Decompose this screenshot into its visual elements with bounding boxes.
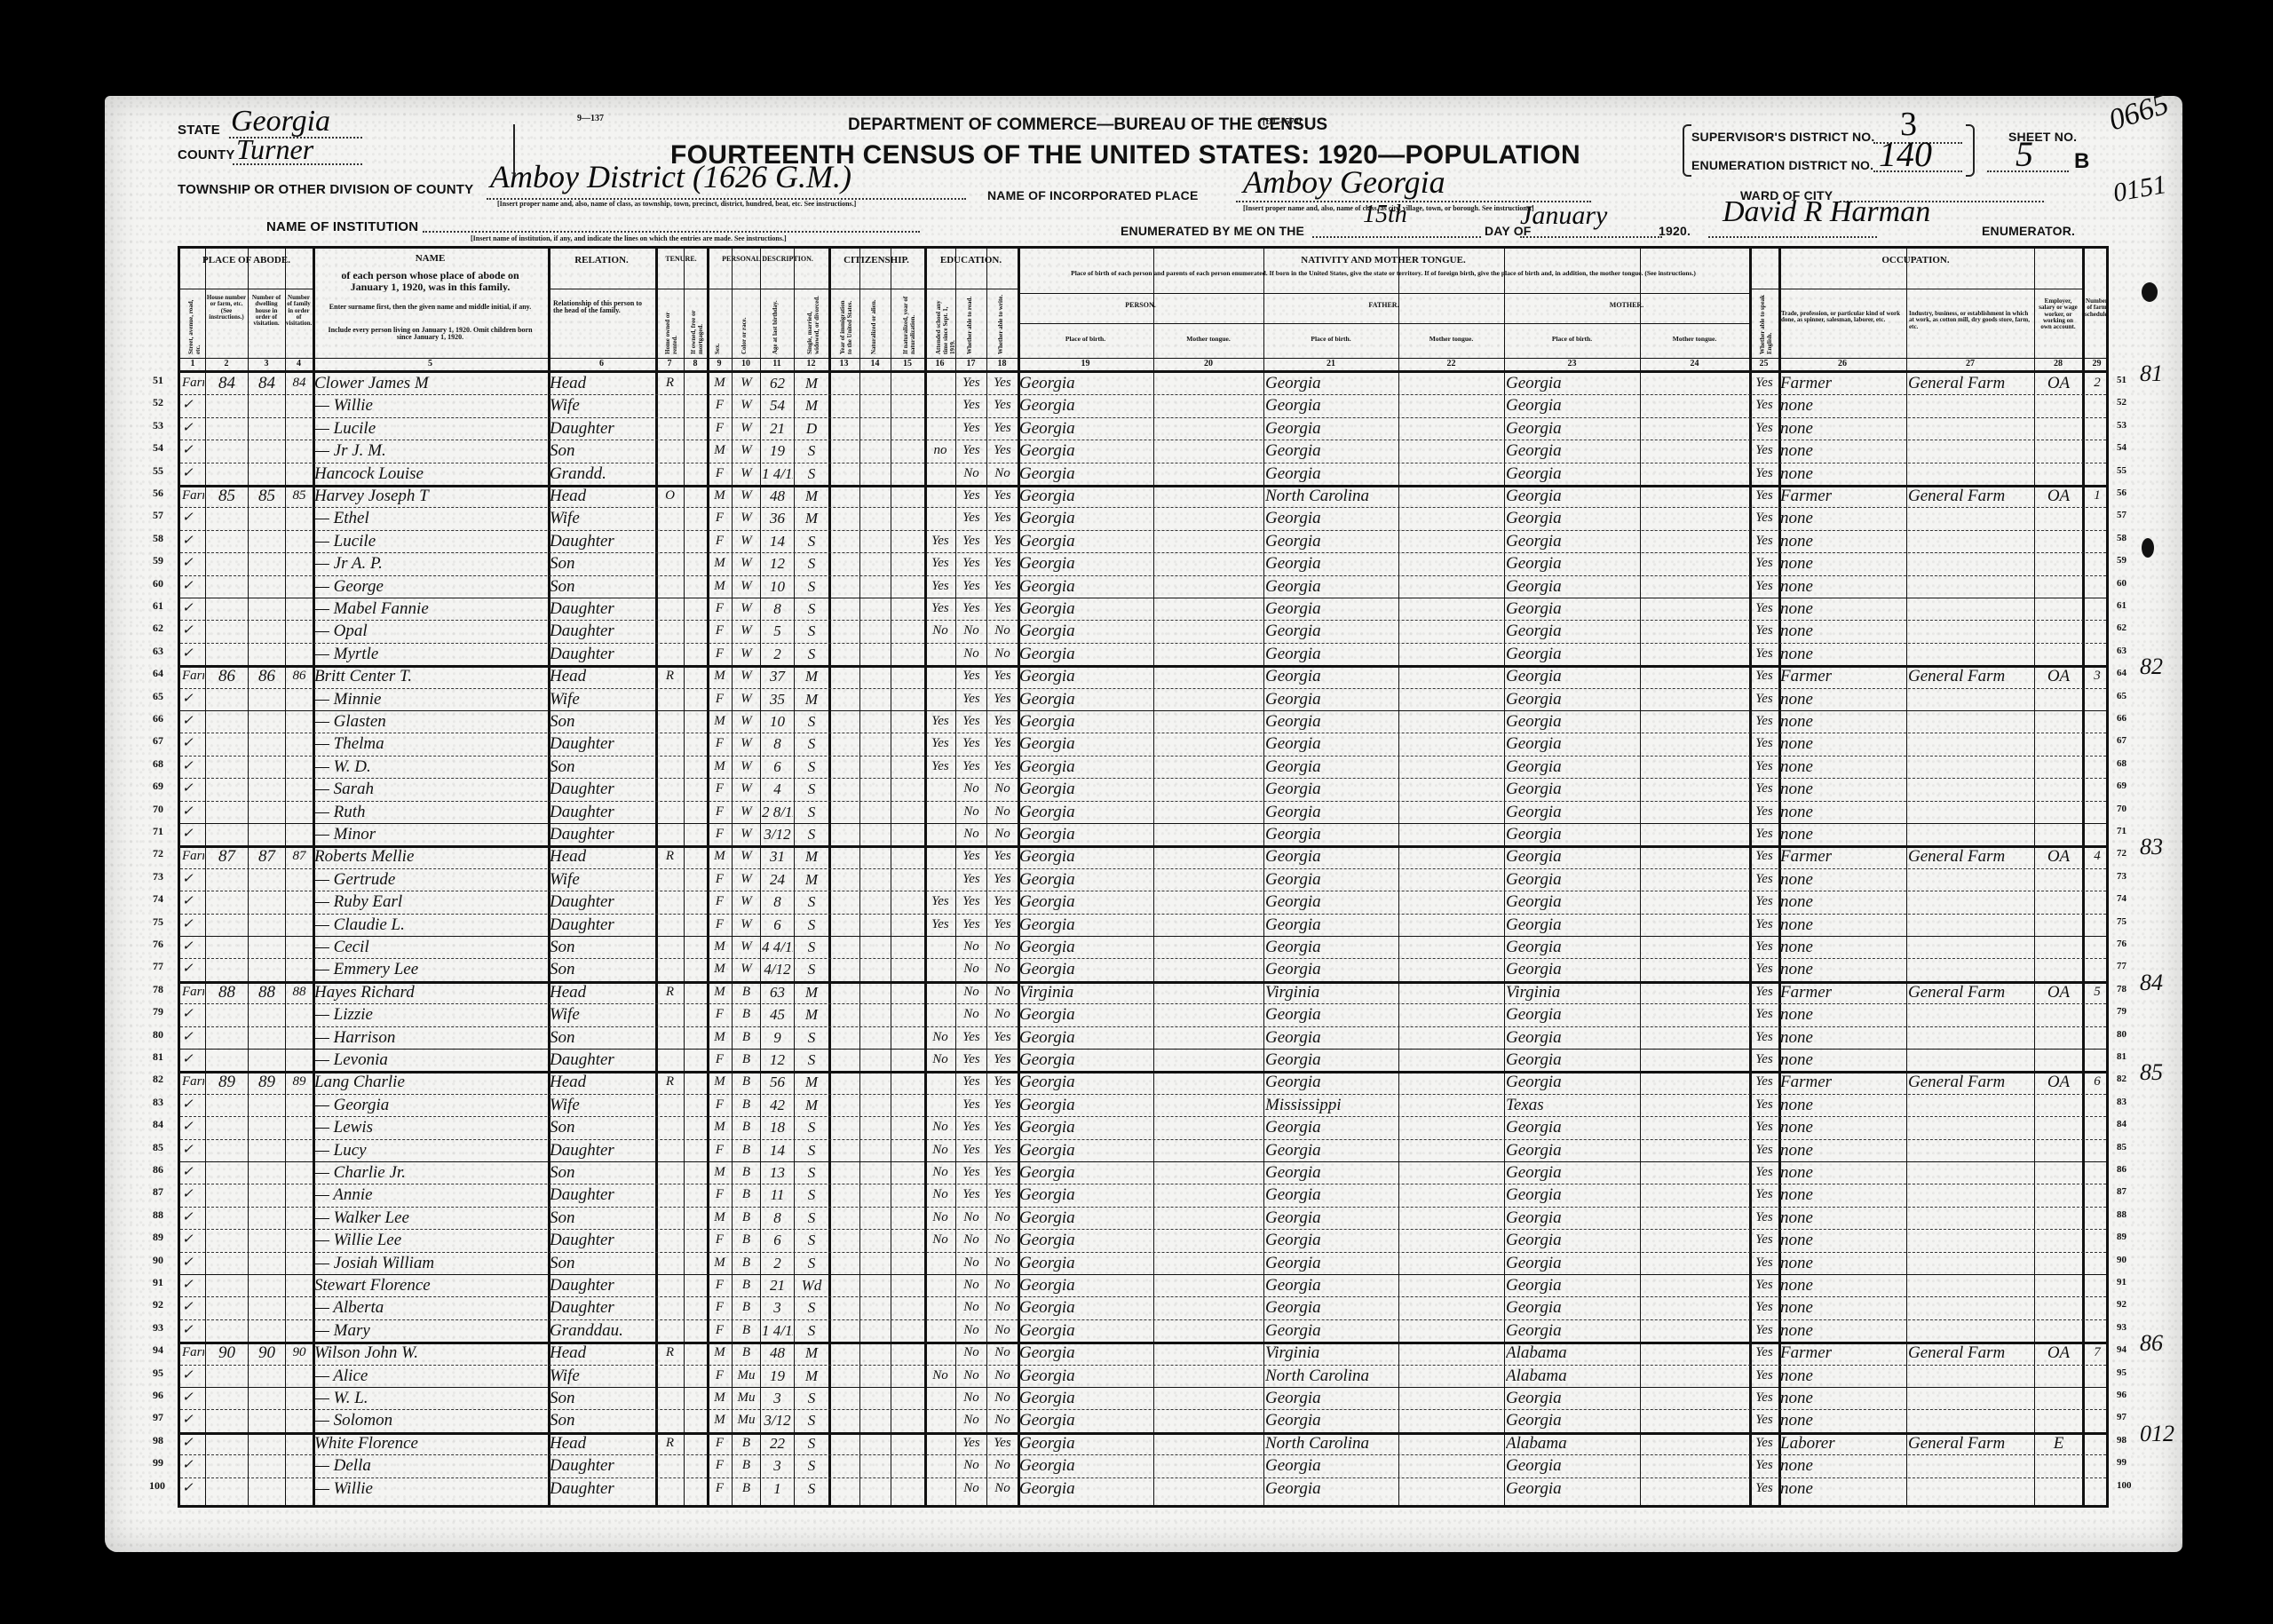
mother-birthplace-cell: Georgia [1506,710,1639,733]
age-cell: 24 [762,868,793,891]
table-row[interactable]: ✓— Claudie L.DaughterFW6SYesYesYesGeorgi… [180,914,2106,936]
street-cell: Farm [182,485,204,507]
mother-birthplace-cell: Georgia [1506,688,1639,710]
group-rule [828,289,924,289]
employer-class-cell: OA [2036,485,2081,507]
family-number-cell [287,463,312,485]
read-cell: Yes [957,417,986,440]
sex-cell: F [709,823,731,845]
trade-cell: none [1780,507,1905,529]
family-number-cell [287,1296,312,1319]
employer-class-cell [2036,1116,2081,1138]
table-row[interactable]: ✓— Walker LeeSonMB8SNoNoNoGeorgiaGeorgia… [180,1207,2106,1229]
father-birthplace-cell: North Carolina [1265,1432,1398,1454]
table-row[interactable]: ✓— Willie LeeDaughterFB6SNoNoNoGeorgiaGe… [180,1229,2106,1251]
birthplace-cell: Georgia [1019,1207,1152,1229]
age-cell: 48 [762,485,793,507]
tenure-cell [657,598,683,620]
column-label-25: Whether able to speak English. [1759,294,1773,354]
line-number-right: 90 [2117,1249,2126,1271]
margin-note: 012 [2140,1421,2174,1447]
marital-status-cell: S [796,1026,828,1049]
trade-cell: none [1780,823,1905,845]
birthplace-cell: Georgia [1019,710,1152,733]
mother-birthplace-cell: Georgia [1506,1049,1639,1071]
industry-cell [1908,598,2033,620]
father-birthplace-cell: Georgia [1265,710,1398,733]
family-number-cell [287,598,312,620]
trade-cell: none [1780,1003,1905,1026]
employer-class-cell [2036,710,2081,733]
relation-cell: Son [550,958,654,980]
name-cell: — Glasten [314,710,547,733]
tenure-cell [657,440,683,462]
table-row[interactable]: ✓— WillieDaughterFB1SNoNoGeorgiaGeorgiaG… [180,1477,2106,1500]
read-cell: Yes [957,1071,986,1093]
tenure-cell [657,1116,683,1138]
sex-cell: M [709,552,731,574]
column-number-8: 8 [684,359,707,368]
table-row[interactable]: ✓— Josiah WilliamSonMB2SNoNoGeorgiaGeorg… [180,1252,2106,1274]
industry-cell [1908,1207,2033,1229]
employer-class-cell [2036,1161,2081,1184]
birthplace-cell: Georgia [1019,1094,1152,1116]
read-cell: No [957,1387,986,1409]
column-number-21: 21 [1263,359,1398,368]
employer-class-cell [2036,823,2081,845]
read-cell: Yes [957,688,986,710]
industry-cell [1908,1229,2033,1251]
write-cell: Yes [988,1184,1017,1206]
birthplace-cell: Georgia [1019,463,1152,485]
table-row[interactable]: ✓— LizzieWifeFB45MNoNoGeorgiaGeorgiaGeor… [180,1003,2106,1026]
column-label-26: Trade, profession, or particular kind of… [1781,311,1904,324]
table-row[interactable]: ✓Stewart FlorenceDaughterFB21WdNoNoGeorg… [180,1274,2106,1296]
farm-schedule-cell: 7 [2084,1342,2111,1364]
dwelling-number-cell [249,552,284,574]
birthplace-cell: Georgia [1019,756,1152,778]
table-row[interactable]: ✓— GeorgiaWifeFB42MYesYesGeorgiaMississi… [180,1094,2106,1116]
table-row[interactable]: ✓— SarahDaughterFW4SNoNoGeorgiaGeorgiaGe… [180,778,2106,800]
school-cell: Yes [926,891,954,913]
employer-class-cell [2036,1139,2081,1161]
house-number-cell [207,1116,247,1138]
trade-cell: none [1780,1161,1905,1184]
column-number-27: 27 [1906,359,2034,368]
house-number-cell [207,1003,247,1026]
write-cell: Yes [988,485,1017,507]
relation-cell: Daughter [550,1274,654,1296]
relation-cell: Wife [550,688,654,710]
read-cell: Yes [957,1161,986,1184]
race-cell: B [733,1454,759,1477]
street-cell: ✓ [182,417,204,440]
speaks-english-cell: Yes [1751,463,1778,485]
street-cell: Farm [182,1071,204,1093]
industry-cell: General Farm [1908,665,2033,687]
relation-cell: Wife [550,1365,654,1387]
subgroup-rule [1018,323,1263,324]
school-cell [926,1432,954,1454]
school-cell [926,1094,954,1116]
read-cell: Yes [957,575,986,598]
industry-cell [1908,530,2033,552]
birthplace-cell: Georgia [1019,530,1152,552]
birthplace-cell: Georgia [1019,1071,1152,1093]
age-cell: 62 [762,372,793,394]
table-row[interactable]: ✓— AliceWifeFMu19MNoNoNoGeorgiaNorth Car… [180,1365,2106,1387]
school-cell [926,1387,954,1409]
write-cell: No [988,643,1017,665]
trade-cell: Farmer [1780,372,1905,394]
table-row[interactable]: Farm848484Clower James MHeadRMW62MYesYes… [180,372,2106,394]
family-number-cell [287,552,312,574]
relation-cell: Head [550,1071,654,1093]
table-row[interactable]: ✓— LucileDaughterFW21DYesYesGeorgiaGeorg… [180,417,2106,440]
trade-cell: none [1780,643,1905,665]
employer-class-cell [2036,1229,2081,1251]
name-cell: — Mary [314,1319,547,1342]
table-row[interactable]: ✓— OpalDaughterFW5SNoNoNoGeorgiaGeorgiaG… [180,620,2106,642]
sex-cell: M [709,1342,731,1364]
write-cell: Yes [988,688,1017,710]
relation-cell: Wife [550,1003,654,1026]
table-row[interactable]: ✓— MaryGranddau.FB1 4/12SNoNoGeorgiaGeor… [180,1319,2106,1342]
trade-cell: none [1780,914,1905,936]
line-number-left: 60 [153,573,163,595]
table-row[interactable]: ✓— LewisSonMB18SNoYesYesGeorgiaGeorgiaGe… [180,1116,2106,1138]
street-cell: ✓ [182,1161,204,1184]
farm-schedule-cell: 5 [2084,981,2111,1003]
tenure-cell [657,1207,683,1229]
table-row[interactable]: Farm898989Lang CharlieHeadRMB56MYesYesGe… [180,1071,2106,1093]
line-number-left: 65 [153,685,163,708]
tenure-cell [657,710,683,733]
employer-class-cell [2036,643,2081,665]
subgroup-header-mother: MOTHER. [1504,302,1749,309]
marital-status-cell: S [796,710,828,733]
street-cell: ✓ [182,1207,204,1229]
dwelling-number-cell [249,1003,284,1026]
table-row[interactable]: ✓— MyrtleDaughterFW2SNoNoGeorgiaGeorgiaG… [180,643,2106,665]
race-cell: W [733,575,759,598]
table-row[interactable]: ✓— Charlie Jr.SonMB13SNoYesYesGeorgiaGeo… [180,1161,2106,1184]
trade-cell: none [1780,1274,1905,1296]
table-row[interactable]: ✓— HarrisonSonMB9SNoYesYesGeorgiaGeorgia… [180,1026,2106,1049]
line-number-left: 58 [153,527,163,550]
table-row[interactable]: ✓— DellaDaughterFB3SNoNoGeorgiaGeorgiaGe… [180,1454,2106,1477]
read-cell: No [957,643,986,665]
farm-schedule-cell [2084,530,2111,552]
name-cell: — Ethel [314,507,547,529]
relation-cell: Daughter [550,778,654,800]
table-row[interactable]: Farm909090Wilson John W.HeadRMB48MNoNoGe… [180,1342,2106,1364]
line-number-right: 89 [2117,1226,2126,1248]
speaks-english-cell: Yes [1751,1094,1778,1116]
employer-class-cell: E [2036,1432,2081,1454]
marital-status-cell: M [796,1071,828,1093]
school-cell: No [926,1207,954,1229]
marital-status-cell: M [796,868,828,891]
marital-status-cell: S [796,440,828,462]
industry-cell [1908,1161,2033,1184]
mother-birthplace-cell: Georgia [1506,778,1639,800]
write-cell: Yes [988,665,1017,687]
table-row[interactable]: ✓— W. D.SonMW6SYesYesYesGeorgiaGeorgiaGe… [180,756,2106,778]
group-header-nativity: NATIVITY AND MOTHER TONGUE. [1018,256,1749,266]
sex-cell: M [709,710,731,733]
father-birthplace-cell: Georgia [1265,552,1398,574]
table-row[interactable]: Farm888888Hayes RichardHeadRMB63MNoNoVir… [180,981,2106,1003]
race-cell: B [733,1207,759,1229]
write-cell: Yes [988,733,1017,755]
birthplace-cell: Georgia [1019,1387,1152,1409]
name-cell: — Myrtle [314,643,547,665]
race-cell: B [733,1229,759,1251]
relation-cell: Son [550,1252,654,1274]
trade-cell: none [1780,1026,1905,1049]
table-row[interactable]: ✓— Jr J. M.SonMW19SnoYesYesGeorgiaGeorgi… [180,440,2106,462]
read-cell: No [957,1454,986,1477]
column-label-17: Whether able to read. [966,294,973,354]
age-cell: 6 [762,756,793,778]
tenure-cell: R [657,1432,683,1454]
read-cell: No [957,801,986,823]
school-cell: No [926,620,954,642]
column-number-11: 11 [760,359,794,368]
age-cell: 48 [762,1342,793,1364]
relation-cell: Head [550,372,654,394]
house-number-cell [207,778,247,800]
race-cell: W [733,733,759,755]
read-cell: Yes [957,598,986,620]
farm-schedule-cell [2084,620,2111,642]
table-row[interactable]: ✓— GeorgeSonMW10SYesYesYesGeorgiaGeorgia… [180,575,2106,598]
census-table: PLACE OF ABODE.TENURE.PERSONAL DESCRIPTI… [178,246,2109,1508]
read-cell: Yes [957,891,986,913]
sex-cell: F [709,1184,731,1206]
family-number-cell [287,1319,312,1342]
marital-status-cell: M [796,1365,828,1387]
father-birthplace-cell: Mississippi [1265,1094,1398,1116]
street-cell: ✓ [182,823,204,845]
birthplace-cell: Georgia [1019,1432,1152,1454]
tenure-cell [657,530,683,552]
tenure-cell [657,823,683,845]
speaks-english-cell: Yes [1751,914,1778,936]
school-cell: no [926,440,954,462]
marital-status-cell: S [796,891,828,913]
table-row[interactable]: ✓— GlastenSonMW10SYesYesYesGeorgiaGeorgi… [180,710,2106,733]
farm-schedule-cell [2084,914,2111,936]
age-cell: 2 [762,643,793,665]
margin-note: 82 [2140,654,2163,680]
name-column-note2: Include every person living on January 1… [321,327,539,342]
speaks-english-cell: Yes [1751,1071,1778,1093]
name-cell: — Annie [314,1184,547,1206]
employer-class-cell [2036,575,2081,598]
speaks-english-cell: Yes [1751,1365,1778,1387]
age-cell: 56 [762,1071,793,1093]
table-row[interactable]: ✓— LucyDaughterFB14SNoYesYesGeorgiaGeorg… [180,1139,2106,1161]
employer-class-cell [2036,1026,2081,1049]
table-row[interactable]: Farm868686Britt Center T.HeadRMW37MYesYe… [180,665,2106,687]
tenure-cell [657,801,683,823]
school-cell [926,845,954,867]
race-cell: B [733,1139,759,1161]
sex-cell: M [709,845,731,867]
marital-status-cell: S [796,1049,828,1071]
tenure-cell [657,958,683,980]
race-cell: B [733,1116,759,1138]
form-code: [D1—578] [1263,117,1302,127]
farm-schedule-cell [2084,1387,2111,1409]
race-cell: W [733,463,759,485]
write-cell: No [988,1207,1017,1229]
speaks-english-cell: Yes [1751,1296,1778,1319]
speaks-english-cell: Yes [1751,1274,1778,1296]
street-cell: ✓ [182,801,204,823]
employer-class-cell [2036,1003,2081,1026]
age-cell: 37 [762,665,793,687]
father-birthplace-cell: Georgia [1265,440,1398,462]
read-cell: No [957,1409,986,1431]
race-cell: Mu [733,1387,759,1409]
read-cell: Yes [957,1049,986,1071]
house-number-cell [207,936,247,958]
table-row[interactable]: ✓— EthelWifeFW36MYesYesGeorgiaGeorgiaGeo… [180,507,2106,529]
write-cell: Yes [988,1116,1017,1138]
birthplace-cell: Georgia [1019,1184,1152,1206]
age-cell: 4 4/12 [762,936,793,958]
sex-cell: M [709,440,731,462]
marital-status-cell: S [796,1319,828,1342]
column-label-21: Place of birth. [1263,336,1398,343]
line-number-left: 62 [153,617,163,639]
column-number-10: 10 [732,359,760,368]
table-row[interactable]: ✓— LevoniaDaughterFB12SNoYesYesGeorgiaGe… [180,1049,2106,1071]
speaks-english-cell: Yes [1751,643,1778,665]
bracket-divider [513,124,515,176]
birthplace-cell: Georgia [1019,620,1152,642]
table-row[interactable]: ✓— MinnieWifeFW35MYesYesGeorgiaGeorgiaGe… [180,688,2106,710]
father-birthplace-cell: Georgia [1265,845,1398,867]
line-number-left: 93 [153,1317,163,1339]
farm-schedule-cell [2084,891,2111,913]
employer-class-cell [2036,530,2081,552]
age-cell: 45 [762,1003,793,1026]
family-number-cell [287,1409,312,1431]
street-cell: ✓ [182,620,204,642]
table-row[interactable]: ✓— MinorDaughterFW3/12SNoNoGeorgiaGeorgi… [180,823,2106,845]
marital-status-cell: S [796,1161,828,1184]
line-number-right: 73 [2117,866,2126,888]
table-row[interactable]: ✓Hancock LouiseGrandd.FW1 4/12SNoNoGeorg… [180,463,2106,485]
street-cell: ✓ [182,778,204,800]
table-row[interactable]: ✓White FlorenceHeadRFB22SYesYesGeorgiaNo… [180,1432,2106,1454]
father-birthplace-cell: Georgia [1265,1071,1398,1093]
table-row[interactable]: ✓— ThelmaDaughterFW8SYesYesYesGeorgiaGeo… [180,733,2106,755]
street-cell: ✓ [182,394,204,416]
line-number-left: 77 [153,955,163,978]
father-birthplace-cell: Georgia [1265,1207,1398,1229]
table-row[interactable]: ✓— Ruby EarlDaughterFW8SYesYesYesGeorgia… [180,891,2106,913]
race-cell: W [733,552,759,574]
write-cell: Yes [988,1049,1017,1071]
name-cell: — W. D. [314,756,547,778]
table-row[interactable]: ✓— GertrudeWifeFW24MYesYesGeorgiaGeorgia… [180,868,2106,891]
employer-class-cell [2036,801,2081,823]
table-row[interactable]: ✓— WillieWifeFW54MYesYesGeorgiaGeorgiaGe… [180,394,2106,416]
age-cell: 21 [762,1274,793,1296]
race-cell: B [733,1161,759,1184]
name-cell: White Florence [314,1432,547,1454]
employer-class-cell: OA [2036,665,2081,687]
family-number-cell [287,733,312,755]
table-row[interactable]: ✓— SolomonSonMMu3/12SNoNoGeorgiaGeorgiaG… [180,1409,2106,1431]
table-row[interactable]: ✓— Mabel FannieDaughterFW8SYesYesYesGeor… [180,598,2106,620]
name-cell: — Gertrude [314,868,547,891]
street-cell: ✓ [182,1409,204,1431]
table-row[interactable]: Farm858585Harvey Joseph THeadOMW48MYesYe… [180,485,2106,507]
school-cell [926,1409,954,1431]
street-cell: ✓ [182,914,204,936]
write-cell: Yes [988,756,1017,778]
table-row[interactable]: ✓— CecilSonMW4 4/12SNoNoGeorgiaGeorgiaGe… [180,936,2106,958]
trade-cell: none [1780,868,1905,891]
employer-class-cell [2036,1319,2081,1342]
table-row[interactable]: ✓— Jr A. P.SonMW12SYesYesYesGeorgiaGeorg… [180,552,2106,574]
line-number-left: 69 [153,775,163,797]
write-cell: No [988,1365,1017,1387]
sex-cell: M [709,981,731,1003]
table-row[interactable]: ✓— W. L.SonMMu3SNoNoGeorgiaGeorgiaGeorgi… [180,1387,2106,1409]
table-row[interactable]: ✓— Emmery LeeSonMW4/12SNoNoGeorgiaGeorgi… [180,958,2106,980]
employer-class-cell [2036,1252,2081,1274]
dwelling-number-cell [249,1207,284,1229]
table-row[interactable]: ✓— RuthDaughterFW2 8/12SNoNoGeorgiaGeorg… [180,801,2106,823]
mother-birthplace-cell: Georgia [1506,575,1639,598]
race-cell: B [733,1319,759,1342]
supervisor-label: Supervisor's District No. [1691,130,1874,144]
table-row[interactable]: Farm878787Roberts MellieHeadRMW31MYesYes… [180,845,2106,867]
father-birthplace-cell: Georgia [1265,1184,1398,1206]
relation-cell: Daughter [550,620,654,642]
dwelling-number-cell [249,530,284,552]
sex-cell: F [709,891,731,913]
father-birthplace-cell: Georgia [1265,394,1398,416]
write-cell: No [988,1003,1017,1026]
name-cell: — Willie [314,394,547,416]
industry-cell [1908,1454,2033,1477]
dwelling-number-cell [249,1296,284,1319]
enumerator-name: David R Harman [1723,195,1930,229]
speaks-english-cell: Yes [1751,1049,1778,1071]
employer-class-cell [2036,733,2081,755]
subgroup-header-person: PERSON. [1018,302,1263,309]
race-cell: B [733,1026,759,1049]
table-row[interactable]: ✓— AnnieDaughterFB11SNoYesYesGeorgiaGeor… [180,1184,2106,1206]
race-cell: B [733,1049,759,1071]
dwelling-number-cell [249,1094,284,1116]
table-row[interactable]: ✓— AlbertaDaughterFB3SNoNoGeorgiaGeorgia… [180,1296,2106,1319]
table-row[interactable]: ✓— LucileDaughterFW14SYesYesYesGeorgiaGe… [180,530,2106,552]
tenure-cell [657,643,683,665]
dwelling-number-cell: 86 [249,665,284,687]
house-number-cell [207,643,247,665]
house-number-cell [207,598,247,620]
sex-cell: F [709,1432,731,1454]
